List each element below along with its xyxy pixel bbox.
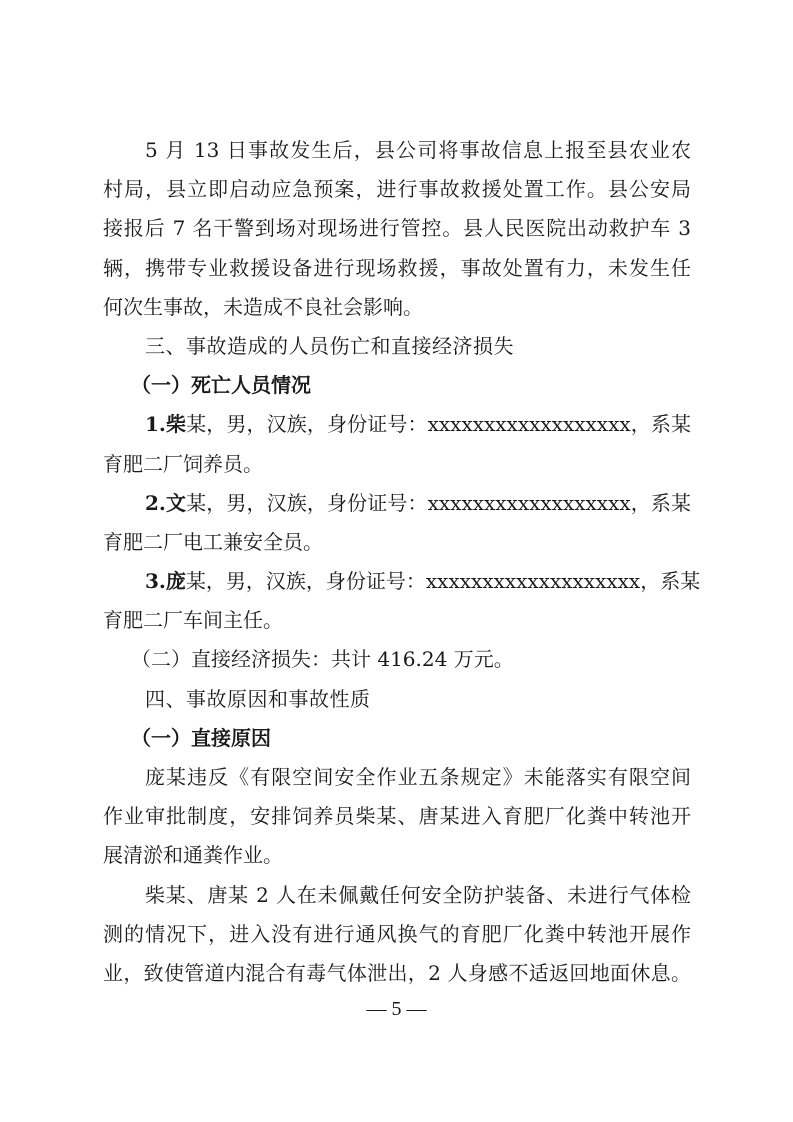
page-number: — 5 — xyxy=(0,998,793,1021)
victim-details: 某，男，汉族，身份证号：xxxxxxxxxxxxxxxxxx，系某 xyxy=(186,491,691,515)
text-line: 测的情况下，进入没有进行通风换气的育肥厂化粪中转池开展作 xyxy=(103,915,691,954)
subheading-direct-cause: （一）直接原因 xyxy=(103,719,691,758)
victim-surname: 柴 xyxy=(166,412,186,436)
document-page: 5 月 13 日事故发生后，县公司将事故信息上报至县农业农 村局，县立即启动应急… xyxy=(103,131,691,993)
text-line: 业，致使管道内混合有毒气体泄出，2 人身感不适返回地面休息。 xyxy=(103,954,691,993)
text-line: 作业审批制度，安排饲养员柴某、唐某进入育肥厂化粪中转池开 xyxy=(103,797,691,836)
victim-number: 1. xyxy=(145,412,166,436)
victim-role: 育肥二厂饲养员。 xyxy=(103,445,691,484)
paragraph-incident-detail: 柴某、唐某 2 人在未佩戴任何安全防护装备、未进行气体检 测的情况下，进入没有进… xyxy=(103,876,691,994)
text-line: 辆，携带专业救援设备进行现场救援，事故处置有力，未发生任 xyxy=(103,249,691,288)
victim-role: 育肥二厂电工兼安全员。 xyxy=(103,523,691,562)
victim-entry: 1.柴某，男，汉族，身份证号：xxxxxxxxxxxxxxxxxx，系某 育肥二… xyxy=(103,405,691,483)
paragraph-emergency-response: 5 月 13 日事故发生后，县公司将事故信息上报至县农业农 村局，县立即启动应急… xyxy=(103,131,691,327)
text-line: 柴某、唐某 2 人在未佩戴任何安全防护装备、未进行气体检 xyxy=(103,876,691,915)
section-heading-cause: 四、事故原因和事故性质 xyxy=(103,680,691,719)
victim-number: 3. xyxy=(145,569,166,593)
victim-line: 2.文某，男，汉族，身份证号：xxxxxxxxxxxxxxxxxx，系某 xyxy=(103,484,691,523)
victim-number: 2. xyxy=(145,491,166,515)
victim-details: 某，男，汉族，身份证号：xxxxxxxxxxxxxxxxxx，系某 xyxy=(186,412,691,436)
section-heading-casualties: 三、事故造成的人员伤亡和直接经济损失 xyxy=(103,327,691,366)
victim-details: 某，男，汉族，身份证号：xxxxxxxxxxxxxxxxxxx，系某 xyxy=(186,569,700,593)
victim-entry: 2.文某，男，汉族，身份证号：xxxxxxxxxxxxxxxxxx，系某 育肥二… xyxy=(103,484,691,562)
paragraph-violation: 庞某违反《有限空间安全作业五条规定》未能落实有限空间 作业审批制度，安排饲养员柴… xyxy=(103,758,691,876)
text-line: 庞某违反《有限空间安全作业五条规定》未能落实有限空间 xyxy=(103,758,691,797)
economic-loss-line: （二）直接经济损失：共计 416.24 万元。 xyxy=(103,640,691,679)
victim-line: 1.柴某，男，汉族，身份证号：xxxxxxxxxxxxxxxxxx，系某 xyxy=(103,405,691,444)
text-line: 展清淤和通粪作业。 xyxy=(103,836,691,875)
victim-line: 3.庞某，男，汉族，身份证号：xxxxxxxxxxxxxxxxxxx，系某 xyxy=(103,562,691,601)
victim-role: 育肥二厂车间主任。 xyxy=(103,601,691,640)
text-line: 村局，县立即启动应急预案，进行事故救援处置工作。县公安局 xyxy=(103,170,691,209)
text-line: 5 月 13 日事故发生后，县公司将事故信息上报至县农业农 xyxy=(103,131,691,170)
victim-surname: 文 xyxy=(166,491,186,515)
victim-surname: 庞 xyxy=(166,569,186,593)
victim-entry: 3.庞某，男，汉族，身份证号：xxxxxxxxxxxxxxxxxxx，系某 育肥… xyxy=(103,562,691,640)
text-line: 何次生事故，未造成不良社会影响。 xyxy=(103,288,691,327)
subheading-deceased: （一）死亡人员情况 xyxy=(103,366,691,405)
text-line: 接报后 7 名干警到场对现场进行管控。县人民医院出动救护车 3 xyxy=(103,209,691,248)
